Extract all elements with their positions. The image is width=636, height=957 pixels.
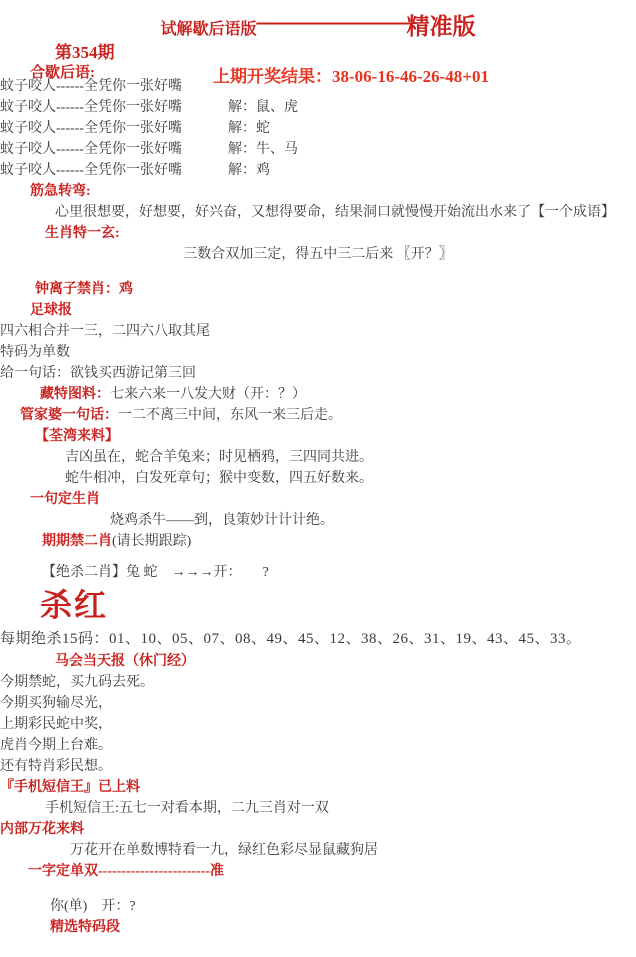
riddle-text: 蚊子咬人------全凭你一张好嘴 (0, 118, 228, 139)
forbidden-two-zodiac-label: 期期禁二肖 (42, 534, 112, 549)
last-draw-result: 上期开奖结果：38-06-16-46-26-48+01 (213, 62, 489, 87)
spacer (0, 882, 636, 896)
single-double-rule: 一字定单双------------------------准 (0, 861, 636, 882)
housekeeper-text: 一二不离三中间，东风一来三后走。 (118, 408, 342, 423)
kill-15-numbers-line: 每期绝杀15码：01、10、05、07、08、49、45、12、38、26、31… (0, 627, 636, 651)
quanwan-line: 吉凶虽在，蛇合羊兔来；时见栖鸦，三四同共进。 (0, 447, 636, 468)
page-title-suffix: 精准版 (407, 14, 476, 39)
riddle-answer: 解：鼠、虎 (228, 97, 298, 118)
riddle-row: 蚊子咬人------全凭你一张好嘴 解：牛、马 (0, 139, 636, 160)
hidden-tip-label: 藏特图料： (40, 387, 110, 402)
riddle-text: 蚊子咬人------全凭你一张好嘴 (0, 97, 228, 118)
title-dash-line: —————— (257, 6, 407, 37)
riddle-answer: 解：牛、马 (228, 139, 298, 160)
section-heading-selected-segment: 精选特码段 (0, 917, 636, 938)
brainteaser-text: 心里很想要，好想要，好兴奋，又想得要命，结果洞口就慢慢开始流出水来了【一个成语】 (0, 202, 636, 223)
one-sentence-text: 烧鸡杀牛——到，良策妙计计计绝。 (0, 510, 636, 531)
housekeeper-label: 管家婆一句话： (20, 408, 118, 423)
hidden-tip-text: 七来六来一八发大财（开：？） (110, 387, 306, 402)
kill-two-zodiac-line: 【绝杀二肖】兔 蛇 →→→开： ? (0, 562, 636, 583)
riddle-answer: 解：鸡 (228, 160, 270, 181)
football-line: 特码为单数 (0, 342, 636, 363)
football-line: 给一句话：欲钱买西游记第三回 (0, 363, 636, 384)
horse-daily-line: 虎肖今期上台难。 (0, 735, 636, 756)
tip-sheet-page: 试解歇后语版——————精准版 第354期 合歇后语: 上期开奖结果：38-06… (0, 0, 636, 957)
issue-number: 第354期 (55, 38, 115, 63)
section-heading-sms-king: 『手机短信王』已上料 (0, 777, 636, 798)
page-title-main: 试解歇后语版 (160, 21, 256, 38)
section-heading-kill-red: 杀红 (0, 583, 636, 627)
horse-daily-line: 还有特肖彩民想。 (0, 756, 636, 777)
riddle-answer: 解：蛇 (228, 118, 270, 139)
football-line: 四六相合并一三，二四六八取其尾 (0, 321, 636, 342)
forbidden-two-zodiac-note: (请长期跟踪) (112, 534, 191, 549)
riddle-text: 蚊子咬人------全凭你一张好嘴 (0, 160, 228, 181)
horse-daily-line: 上期彩民蛇中奖， (0, 714, 636, 735)
horse-daily-line: 今期禁蛇，买九码去死。 (0, 672, 636, 693)
section-heading-football: 足球报 (0, 300, 636, 321)
quanwan-line: 蛇牛相冲，白发死章句；猴中变数，四五好数来。 (0, 468, 636, 489)
header: 试解歇后语版——————精准版 第354期 合歇后语: 上期开奖结果：38-06… (0, 0, 636, 76)
zhongli-forbidden-zodiac: 钟离子禁肖：鸡 (0, 279, 636, 300)
forbidden-two-zodiac-line: 期期禁二肖(请长期跟踪) (0, 531, 636, 552)
section-heading-horse-daily: 马会当天报（休门经） (0, 651, 636, 672)
riddle-row: 蚊子咬人------全凭你一张好嘴 解：鸡 (0, 160, 636, 181)
section-heading-quanwan: 【荃湾来料】 (0, 426, 636, 447)
section-heading-one-sentence: 一句定生肖 (0, 489, 636, 510)
zodiac-mystery-text: 三数合双加三定，得五中三二后来 〖开？〗 (0, 244, 636, 265)
section-heading-riddles: 合歇后语: (30, 61, 95, 82)
spacer (0, 552, 636, 562)
page-title: 试解歇后语版——————精准版 (0, 0, 636, 41)
horse-daily-line: 今期买狗输尽光， (0, 693, 636, 714)
section-heading-zodiac-mystery: 生肖特一玄: (0, 223, 636, 244)
riddle-text: 蚊子咬人------全凭你一张好嘴 (0, 139, 228, 160)
riddle-row: 蚊子咬人------全凭你一张好嘴 解：鼠、虎 (0, 97, 636, 118)
spacer (0, 265, 636, 279)
internal-text: 万花开在单数博特看一九，绿红色彩尽显鼠藏狗居 (0, 840, 636, 861)
riddle-row: 蚊子咬人------全凭你一张好嘴 解：蛇 (0, 118, 636, 139)
you-single-open: 你(单) 开：? (0, 896, 636, 917)
hidden-tip-line: 藏特图料：七来六来一八发大财（开：？） (0, 384, 636, 405)
section-heading-brainteaser: 筋急转弯: (0, 181, 636, 202)
section-heading-internal: 内部万花来料 (0, 819, 636, 840)
sms-king-text: 手机短信王:五七一对看本期，二九三肖对一双 (0, 798, 636, 819)
housekeeper-line: 管家婆一句话：一二不离三中间，东风一来三后走。 (0, 405, 636, 426)
